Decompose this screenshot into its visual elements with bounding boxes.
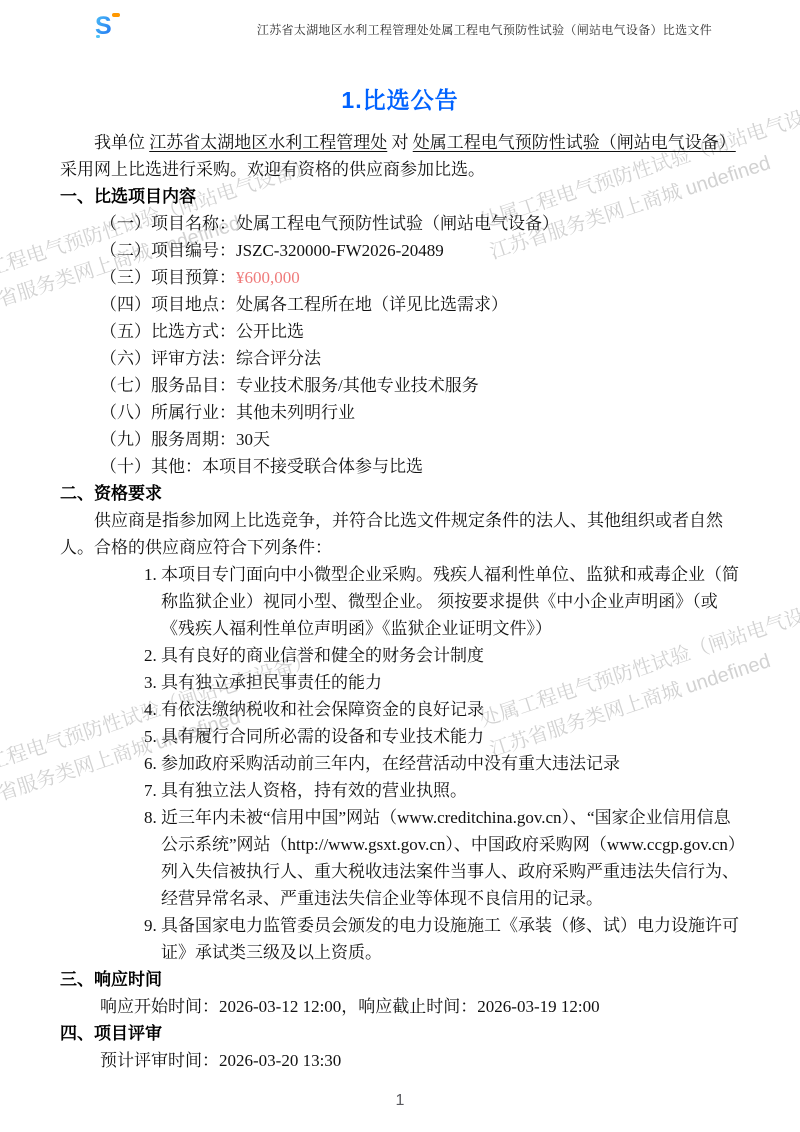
- page-number: 1: [0, 1092, 800, 1110]
- requirement-item-4: 4.有依法缴纳税收和社会保障资金的良好记录: [144, 696, 740, 723]
- requirement-number: 1.: [144, 561, 161, 588]
- project-name-inline: 处属工程电气预防性试验（闸站电气设备）: [413, 133, 736, 152]
- requirement-item-6: 6.参加政府采购活动前三年内，在经营活动中没有重大违法记录: [144, 750, 740, 777]
- section4-heading: 四、项目评审: [60, 1020, 740, 1047]
- qualification-intro: 供应商是指参加网上比选竞争，并符合比选文件规定条件的法人、其他组织或者自然人。合…: [60, 507, 740, 561]
- intro-paragraph: 我单位 江苏省太湖地区水利工程管理处 对 处属工程电气预防性试验（闸站电气设备）…: [60, 129, 740, 183]
- project-number-line: （二）项目编号：JSZC-320000-FW2026-20489: [60, 237, 740, 264]
- platform-s-logo-icon: S: [94, 10, 122, 45]
- project-name-line: （一）项目名称：处属工程电气预防性试验（闸站电气设备）: [60, 210, 740, 237]
- intro-lead: 我单位: [94, 133, 149, 152]
- budget-value: ¥600,000: [236, 268, 300, 287]
- other-note-line: （十）其他：本项目不接受联合体参与比选: [60, 453, 740, 480]
- requirement-text: 近三年内未被“信用中国”网站（www.creditchina.gov.cn）、“…: [161, 808, 739, 908]
- requirement-number: 8.: [144, 804, 161, 831]
- requirement-number: 7.: [144, 777, 161, 804]
- requirement-item-8: 8.近三年内未被“信用中国”网站（www.creditchina.gov.cn）…: [144, 804, 740, 912]
- requirement-item-2: 2.具有良好的商业信誉和健全的财务会计制度: [144, 642, 740, 669]
- document-header-title: 江苏省太湖地区水利工程管理处处属工程电气预防性试验（闸站电气设备）比选文件: [257, 21, 712, 38]
- section3-heading: 三、响应时间: [60, 966, 740, 993]
- selection-method-line: （五）比选方式：公开比选: [60, 318, 740, 345]
- requirement-item-5: 5.具有履行合同所必需的设备和专业技术能力: [144, 723, 740, 750]
- requirement-text: 具有独立承担民事责任的能力: [161, 673, 382, 692]
- requirement-text: 参加政府采购活动前三年内，在经营活动中没有重大违法记录: [161, 754, 620, 773]
- requirement-item-7: 7.具有独立法人资格，持有效的营业执照。: [144, 777, 740, 804]
- project-location-line: （四）项目地点：处属各工程所在地（详见比选需求）: [60, 291, 740, 318]
- document-page: 处属工程电气预防性试验（闸站电气设备） 江苏省服务类网上商城 undefined…: [0, 0, 800, 1132]
- review-method-line: （六）评审方法：综合评分法: [60, 345, 740, 372]
- industry-line: （八）所属行业：其他未列明行业: [60, 399, 740, 426]
- requirement-text: 具有履行合同所必需的设备和专业技术能力: [161, 727, 484, 746]
- requirement-text: 具备国家电力监管委员会颁发的电力设施施工《承装（修、试）电力设施许可证》承试类三…: [161, 916, 739, 962]
- requirement-number: 4.: [144, 696, 161, 723]
- purchaser-name: 江苏省太湖地区水利工程管理处: [149, 133, 387, 152]
- section1-heading: 一、比选项目内容: [60, 183, 740, 210]
- requirement-text: 有依法缴纳税收和社会保障资金的良好记录: [161, 700, 484, 719]
- budget-label: （三）项目预算：: [100, 268, 236, 287]
- requirement-text: 本项目专门面向中小微型企业采购。残疾人福利性单位、监狱和戒毒企业（简称监狱企业）…: [161, 565, 739, 638]
- service-period-line: （九）服务周期：30天: [60, 426, 740, 453]
- requirement-number: 3.: [144, 669, 161, 696]
- section2-heading: 二、资格要求: [60, 480, 740, 507]
- project-budget-line: （三）项目预算：¥600,000: [60, 264, 740, 291]
- response-time-line: 响应开始时间：2026-03-12 12:00，响应截止时间：2026-03-1…: [60, 993, 740, 1020]
- intro-connector: 对: [387, 133, 413, 152]
- requirement-text: 具有独立法人资格，持有效的营业执照。: [161, 781, 467, 800]
- requirement-text: 具有良好的商业信誉和健全的财务会计制度: [161, 646, 484, 665]
- document-content: 我单位 江苏省太湖地区水利工程管理处 对 处属工程电气预防性试验（闸站电气设备）…: [60, 129, 740, 1074]
- requirement-item-3: 3.具有独立承担民事责任的能力: [144, 669, 740, 696]
- page-title: 1.比选公告: [0, 82, 800, 115]
- service-category-line: （七）服务品目：专业技术服务/其他专业技术服务: [60, 372, 740, 399]
- review-time-line: 预计评审时间：2026-03-20 13:30: [60, 1047, 740, 1074]
- document-header: S 江苏省太湖地区水利工程管理处处属工程电气预防性试验（闸站电气设备）比选文件: [0, 0, 800, 46]
- requirement-number: 5.: [144, 723, 161, 750]
- requirement-number: 2.: [144, 642, 161, 669]
- requirement-item-9: 9.具备国家电力监管委员会颁发的电力设施施工《承装（修、试）电力设施许可证》承试…: [144, 912, 740, 966]
- requirement-number: 6.: [144, 750, 161, 777]
- requirement-list: 1.本项目专门面向中小微型企业采购。残疾人福利性单位、监狱和戒毒企业（简称监狱企…: [144, 561, 740, 966]
- requirement-number: 9.: [144, 912, 161, 939]
- requirement-item-1: 1.本项目专门面向中小微型企业采购。残疾人福利性单位、监狱和戒毒企业（简称监狱企…: [144, 561, 740, 642]
- intro-tail: 采用网上比选进行采购。欢迎有资格的供应商参加比选。: [60, 160, 485, 179]
